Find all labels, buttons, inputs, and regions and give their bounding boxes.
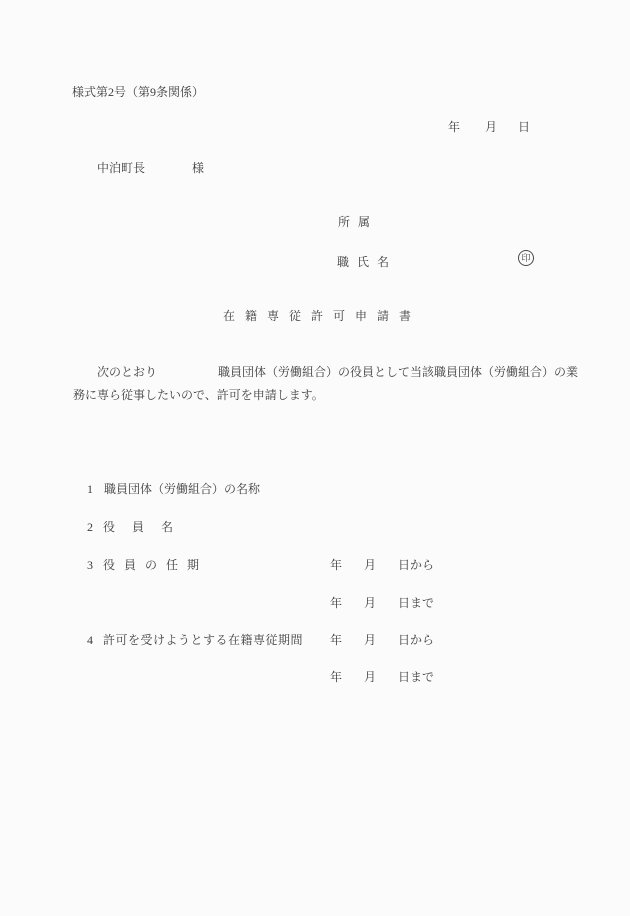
- body-line1-rest: 職員団体（労働組合）の役員として当該職員団体（労働組合）の業: [218, 366, 578, 379]
- item-4-from-month-label: 月: [364, 634, 376, 647]
- item-1-number: 1: [87, 483, 93, 496]
- seal-mark-icon: 印: [518, 250, 534, 266]
- item-4-number: 4: [87, 634, 93, 647]
- item-3-label: 役員の任期: [103, 559, 208, 572]
- item-3-to-day-label: 日まで: [398, 597, 434, 610]
- date-day-label: 日: [518, 121, 530, 134]
- body-line1-lead: 次のとおり: [97, 366, 157, 379]
- item-3-from-year-label: 年: [330, 559, 342, 572]
- form-number: 様式第2号（第9条関係）: [72, 86, 204, 99]
- item-3-number: 3: [87, 559, 93, 572]
- item-4-to-day-label: 日まで: [398, 671, 434, 684]
- body-line2: 務に専ら従事したいので、許可を申請します。: [73, 389, 324, 402]
- addressee-name: 中泊町長: [97, 162, 145, 175]
- item-3-to-month-label: 月: [364, 597, 376, 610]
- document-page: 様式第2号（第9条関係） 年 月 日 中泊町長 様 所属 職氏名 印 在籍専従許…: [0, 0, 630, 916]
- item-3-from-day-label: 日から: [398, 559, 434, 572]
- date-month-label: 月: [485, 121, 497, 134]
- date-year-label: 年: [448, 121, 460, 134]
- item-4-from-year-label: 年: [330, 634, 342, 647]
- name-label: 職氏名: [337, 256, 397, 269]
- item-3-to-year-label: 年: [330, 597, 342, 610]
- document-title: 在籍専従許可申請書: [223, 310, 421, 323]
- affiliation-label: 所属: [338, 216, 378, 229]
- item-4-label: 許可を受けようとする在籍専従期間: [103, 634, 303, 647]
- addressee-honorific: 様: [192, 162, 204, 175]
- item-2-number: 2: [87, 521, 93, 534]
- item-4-to-month-label: 月: [364, 671, 376, 684]
- item-4-to-year-label: 年: [330, 671, 342, 684]
- item-1-label: 職員団体（労働組合）の名称: [104, 483, 260, 496]
- item-3-from-month-label: 月: [364, 559, 376, 572]
- item-4-from-day-label: 日から: [398, 634, 434, 647]
- item-2-label: 役員名: [103, 521, 190, 534]
